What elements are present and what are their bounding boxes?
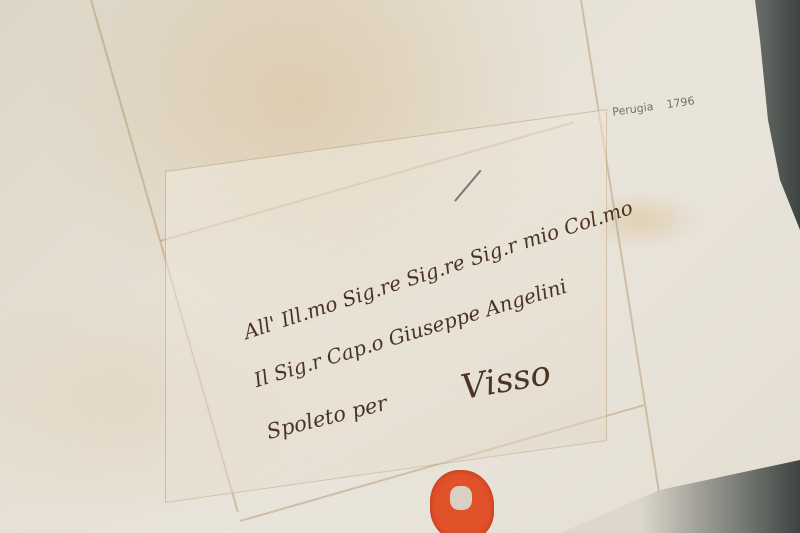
letter-photo: Perugia 1796 All' Ill.mo Sig.re Sig.re S…	[0, 0, 800, 533]
pencil-note: Perugia 1796	[611, 94, 695, 118]
pencil-year: 1796	[666, 94, 696, 111]
pencil-place: Perugia	[611, 100, 654, 119]
address-panel	[165, 109, 607, 503]
letter-paper: Perugia 1796 All' Ill.mo Sig.re Sig.re S…	[0, 0, 800, 533]
wax-seal	[430, 470, 494, 533]
